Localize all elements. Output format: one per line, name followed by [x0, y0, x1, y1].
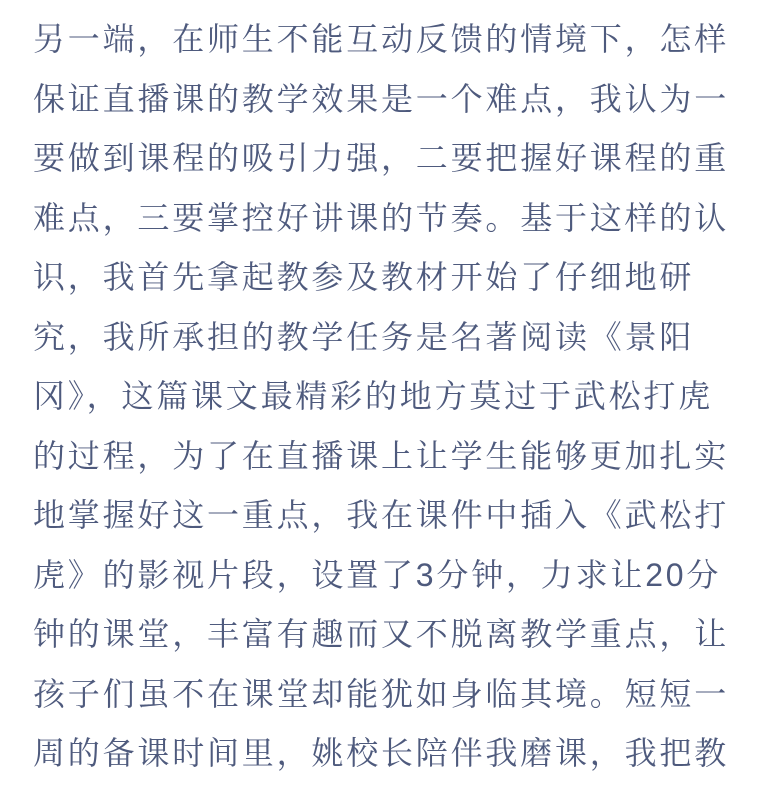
- text-line: 识，我首先拿起教参及教材开始了仔细地研: [33, 248, 732, 308]
- text-line: 地掌握好这一重点，我在课件中插入《武松打: [33, 486, 732, 546]
- text-line: 保证直播课的教学效果是一个难点，我认为一: [33, 70, 732, 130]
- text-line: 要做到课程的吸引力强，二要把握好课程的重: [33, 129, 732, 189]
- text-line: 难点，三要掌控好讲课的节奏。基于这样的认: [33, 189, 732, 249]
- text-line: 孩子们虽不在课堂却能犹如身临其境。短短一: [33, 665, 732, 725]
- text-line: 虎》的影视片段，设置了3分钟，力求让20分: [33, 546, 732, 606]
- text-line: 究，我所承担的教学任务是名著阅读《景阳: [33, 308, 732, 368]
- text-line: 冈》，这篇课文最精彩的地方莫过于武松打虎: [33, 367, 732, 427]
- text-line: 钟的课堂，丰富有趣而又不脱离教学重点，让: [33, 605, 732, 665]
- text-line: 的过程，为了在直播课上让学生能够更加扎实: [33, 427, 732, 487]
- text-line: 另一端，在师生不能互动反馈的情境下，怎样: [33, 10, 732, 70]
- article-text-block: 另一端，在师生不能互动反馈的情境下，怎样 保证直播课的教学效果是一个难点，我认为…: [0, 0, 762, 784]
- text-line: 周的备课时间里，姚校长陪伴我磨课，我把教: [33, 724, 732, 784]
